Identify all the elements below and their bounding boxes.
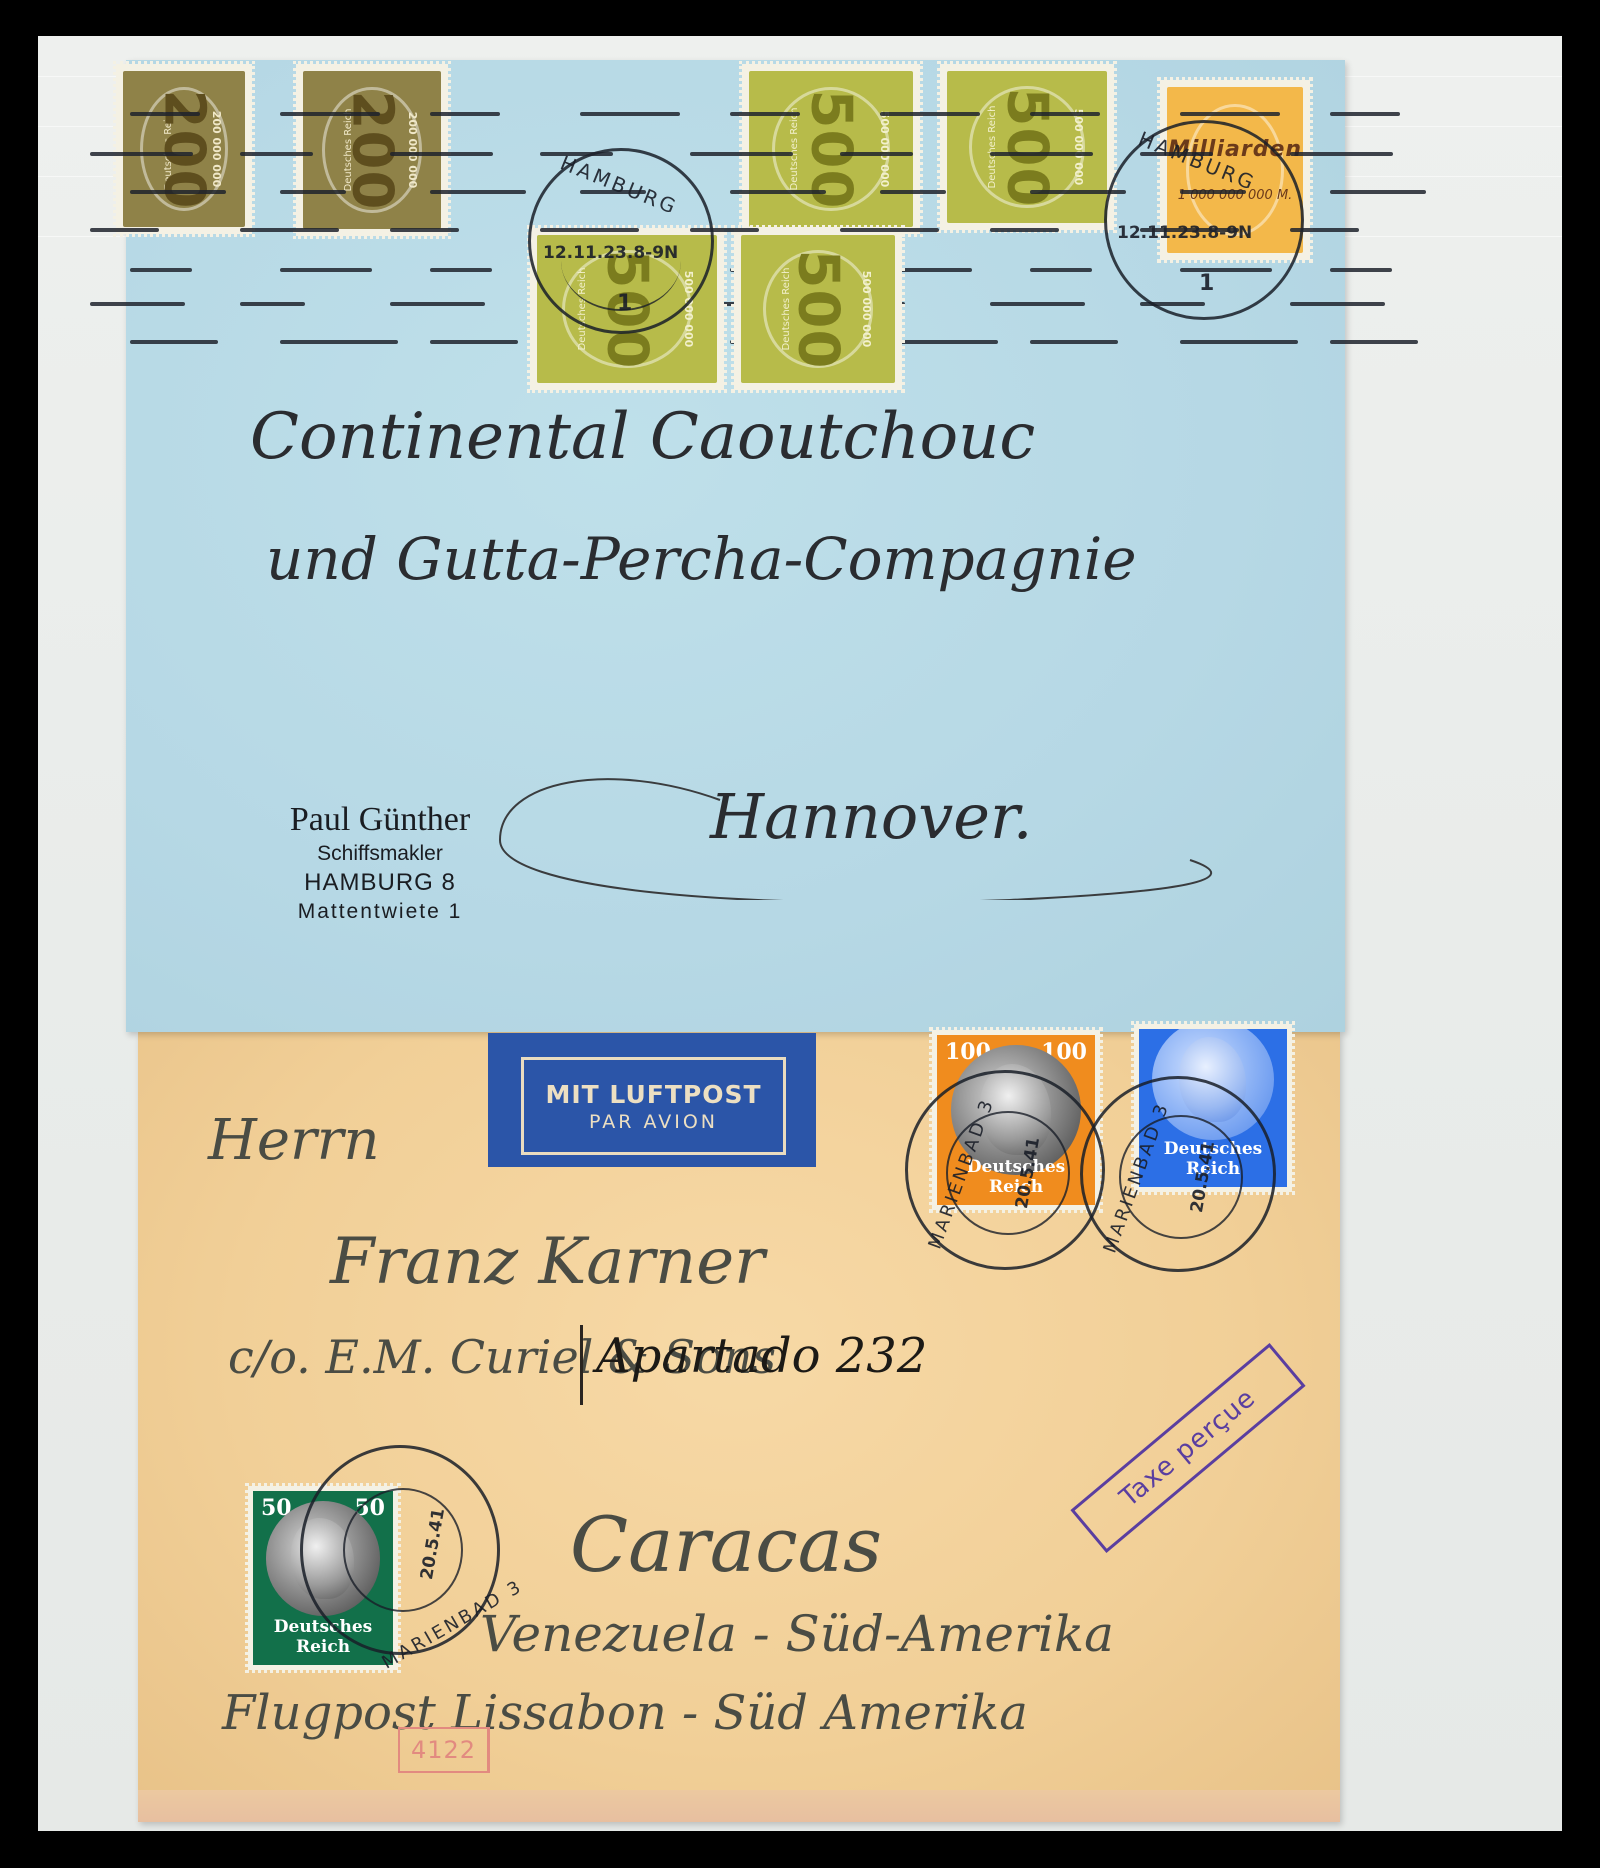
sender-title: Schiffsmakler xyxy=(230,840,530,868)
stamp-value: 200 xyxy=(340,90,405,210)
postmark-marienbad-1: MARIENBAD 3 20.5.41 xyxy=(905,1070,1105,1270)
address-line-city: Caracas xyxy=(570,1500,882,1589)
stamp-200-mark-2: Deutsches Reich200200 000 000 xyxy=(296,64,448,236)
stamp-500-mark-1: Deutsches Reich500500 000 000 xyxy=(742,64,920,234)
stamp-small-text: 500 000 000 xyxy=(878,111,891,188)
airmail-label: MIT LUFTPOST PAR AVION xyxy=(488,1033,816,1167)
stamp-500-mark-4: Deutsches Reich500500 000 000 xyxy=(734,228,902,390)
sender-name: Paul Günther xyxy=(230,800,530,840)
sender-imprint: Paul Günther Schiffsmakler HAMBURG 8 Mat… xyxy=(230,800,530,926)
stamp-small-text: 200 000 000 xyxy=(210,111,223,188)
postmark-town: HAMBURG xyxy=(1135,127,1260,196)
postmark-office: 1 xyxy=(1199,271,1214,296)
stamp-small-text: 500 000 000 xyxy=(1072,109,1085,186)
stamp-small-text: 200 000 000 xyxy=(406,112,419,189)
address-line-country: Venezuela - Süd-Amerika xyxy=(480,1605,1114,1663)
postmark-town: HAMBURG xyxy=(557,151,682,220)
postmark-date: 12.11.23.8-9N xyxy=(543,243,678,263)
censor-mark: 4122 xyxy=(398,1727,490,1773)
airmail-line1: MIT LUFTPOST xyxy=(545,1080,761,1109)
address-line-2: und Gutta-Percha-Compagnie xyxy=(266,525,1137,593)
postmark-date: 12.11.23.8-9N xyxy=(1117,223,1252,243)
address-line-2: Franz Karner xyxy=(330,1225,765,1299)
sender-city: HAMBURG 8 xyxy=(230,868,530,898)
censor-number: 4122 xyxy=(411,1736,476,1764)
postmark-hamburg-2: HAMBURG 12.11.23.8-9N 1 xyxy=(1104,120,1304,320)
stamp-small-text: 500 000 000 xyxy=(860,271,873,348)
address-line-1: Herrn xyxy=(208,1108,380,1173)
address-line-city: Hannover. xyxy=(710,780,1032,853)
sender-street: Mattentwiete 1 xyxy=(230,898,530,926)
airmail-line2: PAR AVION xyxy=(589,1111,718,1133)
stamp-500-mark-2: Deutsches Reich500500 000 000 xyxy=(940,64,1114,230)
address-line-routing: Flugpost Lissabon - Süd Amerika xyxy=(222,1685,1028,1741)
stamp-value: 500 xyxy=(786,249,851,369)
postmark-marienbad-2: MARIENBAD 3 20.5.41 xyxy=(1080,1076,1276,1272)
postmark-marienbad-3: MARIENBAD 3 20.5.41 xyxy=(300,1445,500,1655)
postmark-hamburg-1: HAMBURG 12.11.23.8-9N 1 xyxy=(528,148,714,334)
address-line-4: Apartado 232 xyxy=(596,1328,927,1384)
stamp-200-mark-1: Deutsches Reich200200 000 000 xyxy=(116,64,252,234)
postmark-office: 1 xyxy=(617,291,632,316)
address-line-1: Continental Caoutchouc xyxy=(250,400,1035,474)
stamp-value: 500 xyxy=(995,87,1060,207)
separator-line xyxy=(580,1325,583,1405)
